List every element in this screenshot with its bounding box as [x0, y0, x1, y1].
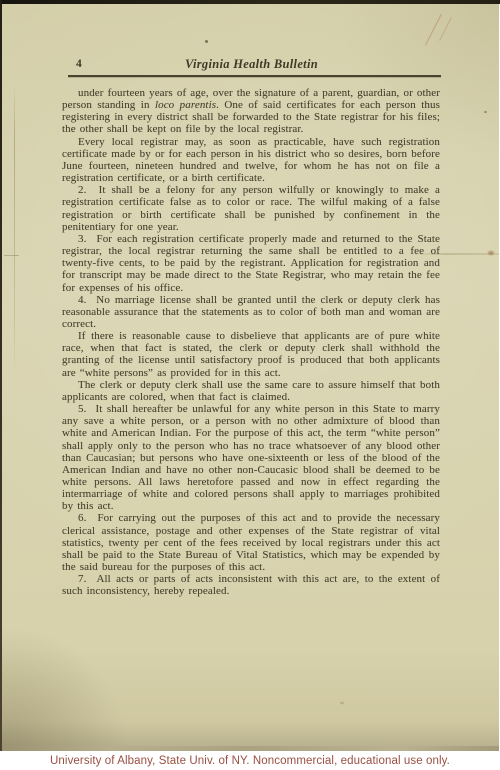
stain-spot [488, 251, 494, 255]
body-text: under fourteen years of age, over the si… [62, 87, 440, 598]
page-number: 4 [76, 58, 82, 70]
paragraph: under fourteen years of age, over the si… [62, 87, 440, 136]
paragraph: 3. For each registration certificate pro… [62, 233, 440, 294]
document-page: 4 Virginia Health Bulletin under fourtee… [2, 4, 499, 751]
paragraph: Every local registrar may, as soon as pr… [62, 136, 440, 185]
header-rule [68, 75, 441, 77]
paragraph: 2. It shall be a felony for any person w… [62, 184, 440, 233]
ink-speck [340, 702, 344, 704]
page-header: 4 Virginia Health Bulletin [64, 57, 439, 73]
scratch-mark [439, 17, 452, 41]
ink-speck [484, 111, 487, 113]
paragraph: 4. No marriage license shall be granted … [62, 294, 440, 330]
paragraph: 5. It shall hereafter be unlawful for an… [62, 403, 440, 512]
paragraph: If there is reasonable cause to disbelie… [62, 330, 440, 379]
page-title: Virginia Health Bulletin [64, 57, 439, 72]
ink-speck [205, 40, 208, 43]
paragraph: 6. For carrying out the purposes of this… [62, 512, 440, 573]
vertical-crease [14, 84, 15, 379]
scanned-document: 4 Virginia Health Bulletin under fourtee… [0, 0, 500, 770]
horizontal-crease [411, 253, 499, 255]
latin-phrase: loco parentis [155, 99, 216, 111]
paragraph: The clerk or deputy clerk shall use the … [62, 379, 440, 403]
attribution-text: University of Albany, State Univ. of NY.… [50, 755, 450, 767]
crease-mark [4, 255, 19, 256]
attribution-bar: University of Albany, State Univ. of NY.… [0, 751, 500, 770]
paragraph: 7. All acts or parts of acts inconsisten… [62, 573, 440, 597]
